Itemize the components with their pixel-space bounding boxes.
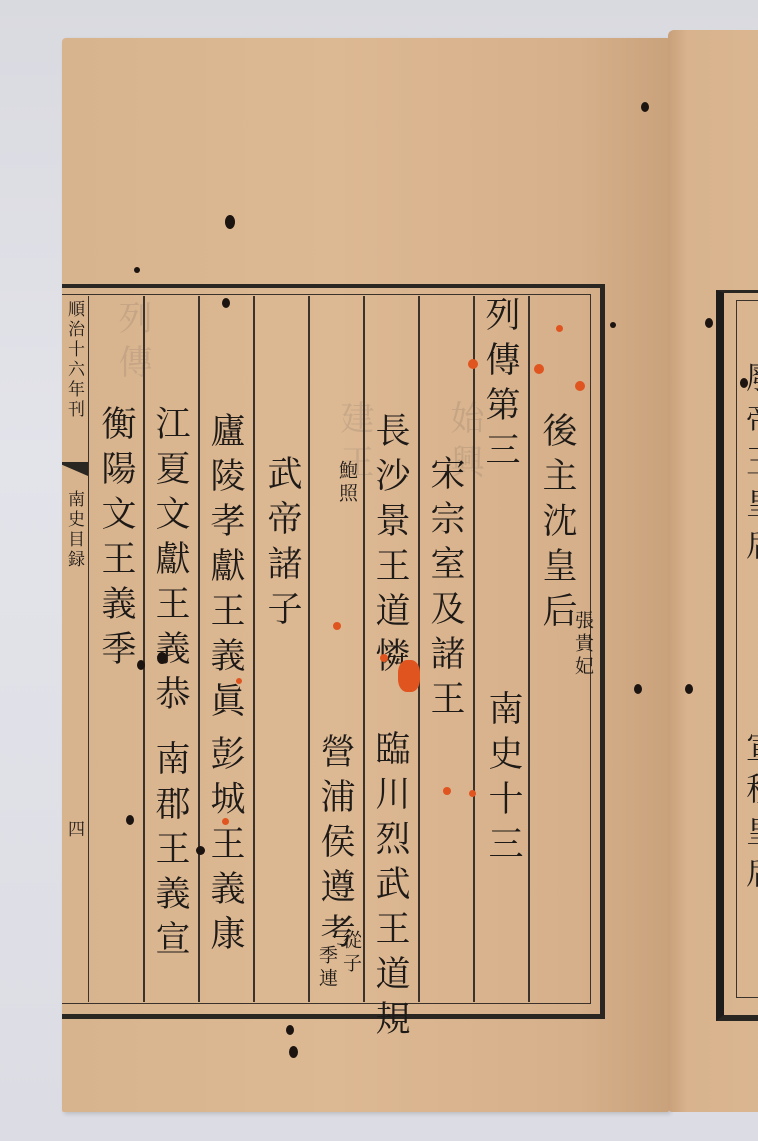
entry-yikang: 彭城王義康 [205,735,245,960]
column-rule [253,296,255,1002]
entry-wudi-sons: 武帝諸子 [262,455,302,635]
worm-hole [685,684,693,694]
red-mark [333,622,341,630]
worm-hole [126,815,134,825]
note-jilian: 季連 [316,945,338,991]
page-number: 四 [64,820,84,840]
entry-yixuan: 南郡王義宣 [150,740,190,965]
red-mark [468,359,478,369]
column-rule [198,296,200,1002]
red-mark [443,787,451,795]
entry-zunkao: 營浦侯遵考 [315,733,355,958]
edition-note: 順治十六年刊 [64,300,84,420]
red-mark [469,790,476,797]
red-mark [575,381,585,391]
column-rule [473,296,475,1002]
chapter-heading: 列傳第三 [480,296,520,476]
worm-hole [705,318,713,328]
volume-label: 南史十三 [483,690,523,870]
entry-note-zhang: 張貴妃 [572,610,594,679]
note-congzi: 從子 [340,930,362,976]
worm-hole [137,660,145,670]
entry-consort-shen: 後主沈皇后 [537,412,577,637]
worm-hole [196,846,205,855]
facing-entry-1: 廢帝王皇后 [740,360,758,570]
red-mark [380,654,388,662]
red-mark [556,325,563,332]
worm-hole [157,652,167,664]
column-rule [143,296,145,1002]
worm-hole [641,102,649,112]
entry-bao-zhao: 鮑照 [336,460,358,506]
red-mark [236,678,242,684]
worm-hole [134,267,140,273]
red-mark [534,364,544,374]
worm-hole [610,322,616,328]
entry-yigong: 江夏文獻王義恭 [150,405,190,720]
red-mark [398,660,420,692]
entry-yiji: 衡陽文王義季 [96,405,136,675]
red-mark [222,818,229,825]
worm-hole [286,1025,294,1035]
worm-hole [289,1046,298,1058]
worm-hole [222,298,230,308]
margin-title: 南史目録 [64,490,84,570]
column-rule [418,296,420,1002]
column-rule [308,296,310,1002]
column-rule [528,296,530,1002]
facing-entry-2: 宣穆皇后 [740,730,758,898]
worm-hole [634,684,642,694]
entry-song-clan: 宋宗室及諸王 [425,455,465,725]
entry-daolian: 長沙景王道憐 [370,412,410,682]
entry-daogui: 臨川烈武王道規 [370,730,410,1045]
worm-hole [225,215,235,229]
worm-hole [740,378,748,388]
column-rule [363,296,365,1002]
